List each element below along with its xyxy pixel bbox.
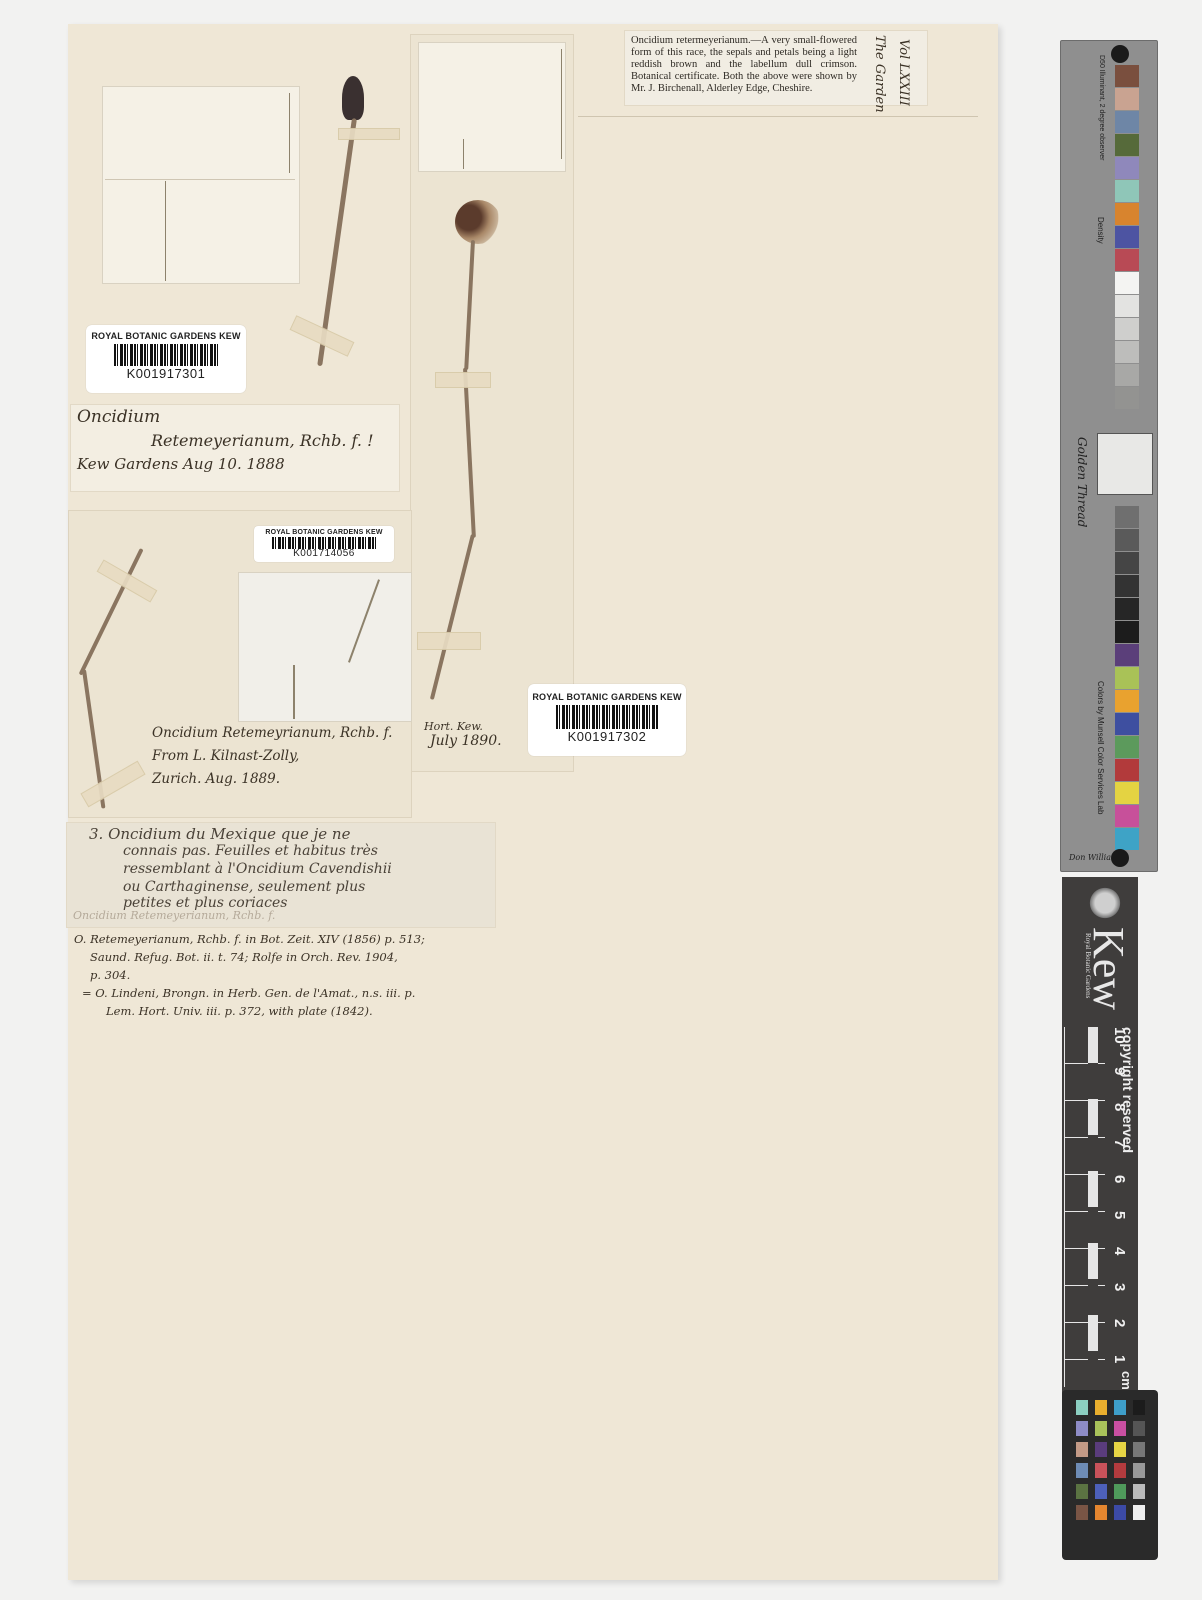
- chart-brand: Golden Thread: [1075, 437, 1089, 527]
- golden-thread-target: [1097, 433, 1153, 495]
- barcode-number: K001714056: [254, 549, 394, 559]
- note-faint-name: Oncidium Retemeyerianum, Rchb. f.: [73, 909, 275, 922]
- synonymy-line: Saund. Refug. Bot. ii. t. 74; Rolfe in O…: [74, 948, 524, 966]
- chart-hole-bottom: [1111, 849, 1129, 867]
- tape-strip: [80, 761, 145, 808]
- scale-ruler-alt: [1088, 1027, 1098, 1387]
- barcode-org: ROYAL BOTANIC GARDENS KEW: [254, 529, 394, 536]
- label-line: Oncidium Retemeyrianum, Rchb. f.: [152, 722, 412, 745]
- label-locality-date: Kew Gardens Aug 10. 1888: [77, 455, 285, 473]
- specimen-upper-left: [290, 70, 370, 370]
- scale-unit: cm: [1119, 1371, 1134, 1390]
- barcode-label: ROYAL BOTANIC GARDENS KEW K001917302: [528, 684, 686, 756]
- barcode-number: K001917301: [86, 366, 246, 381]
- barcode-label: ROYAL BOTANIC GARDENS KEW K001714056: [254, 526, 394, 562]
- barcode-bars: [114, 344, 218, 366]
- tape-strip: [435, 372, 491, 388]
- synonymy-line: O. Retemeyerianum, Rchb. f. in Bot. Zeit…: [74, 930, 524, 948]
- label-line: July 1890.: [424, 733, 514, 749]
- kew-scale-bar: Kew Royal Botanic Gardens copyright rese…: [1062, 877, 1138, 1397]
- stem: [464, 240, 475, 370]
- barcode-org: ROYAL BOTANIC GARDENS KEW: [528, 692, 686, 702]
- label-kew-1888: Oncidium Retemeyerianum, Rchb. f. ! Kew …: [70, 404, 400, 492]
- note-line: ou Carthaginense, seulement plus: [123, 879, 365, 895]
- color-calibration-chart: D50 Illuminant, 2 degree observer Densit…: [1060, 40, 1158, 872]
- flower-bud-dark: [342, 76, 364, 120]
- label-french-note: 3. Oncidium du Mexique que je ne connais…: [66, 822, 496, 928]
- tape-strip: [417, 632, 481, 650]
- label-epithet: Retemeyerianum, Rchb. f. !: [151, 431, 374, 450]
- stem: [430, 534, 475, 700]
- clipping-source-handwritten: The Garden: [872, 35, 887, 113]
- printed-clipping: Oncidium retermeyerianum.—A very small-f…: [624, 30, 928, 106]
- clipping-text: Oncidium retermeyerianum.—A very small-f…: [631, 35, 857, 95]
- label-line: Zurich. Aug. 1889.: [152, 768, 412, 791]
- barcode-label: ROYAL BOTANIC GARDENS KEW K001917301: [86, 325, 246, 393]
- envelope-top-left: [102, 86, 300, 284]
- synonymy-line: Lem. Hort. Univ. iii. p. 372, with plate…: [74, 1002, 524, 1020]
- label-line: Hort. Kew.: [424, 720, 514, 733]
- scale-ruler: [1064, 1027, 1105, 1387]
- scale-numbers: 10 9 8 7 6 5 4 3 2 1 0: [1106, 1027, 1132, 1399]
- note-line: ressemblant à l'Oncidium Cavendishii: [123, 861, 392, 877]
- envelope-lower: [238, 572, 412, 722]
- color-checker: [1062, 1390, 1158, 1560]
- stem: [463, 368, 476, 538]
- tape-strip: [97, 559, 158, 602]
- label-zurich-1889: Oncidium Retemeyrianum, Rchb. f. From L.…: [152, 722, 412, 802]
- chart-footer: Colors by Munsell Color Services Lab: [1096, 681, 1105, 814]
- kew-subbrand: Royal Botanic Gardens: [1084, 933, 1092, 998]
- barcode-number: K001917302: [528, 729, 686, 744]
- kew-crest-icon: [1088, 885, 1122, 921]
- synonymy-line: p. 304.: [74, 966, 524, 984]
- note-line: 3. Oncidium du Mexique que je ne: [89, 825, 350, 843]
- clipping-rule: [578, 116, 978, 117]
- clipping-volume-handwritten: Vol LXXIII: [896, 39, 911, 106]
- note-line: connais pas. Feuilles et habitus très: [123, 843, 378, 859]
- specimen-middle-flowering: [415, 200, 535, 720]
- synonymy-line: = O. Lindeni, Brongn. in Herb. Gen. de l…: [74, 984, 524, 1002]
- barcode-org: ROYAL BOTANIC GARDENS KEW: [86, 331, 246, 341]
- label-genus: Oncidium: [77, 407, 160, 427]
- envelope-top-middle: [418, 42, 566, 172]
- label-line: From L. Kilnast-Zolly,: [152, 745, 412, 768]
- barcode-bars: [556, 705, 658, 729]
- tape-strip: [338, 128, 400, 140]
- flower-dried: [455, 200, 501, 244]
- label-hort-kew-1890: Hort. Kew. July 1890.: [424, 720, 514, 770]
- synonymy-notes: O. Retemeyerianum, Rchb. f. in Bot. Zeit…: [74, 930, 524, 1020]
